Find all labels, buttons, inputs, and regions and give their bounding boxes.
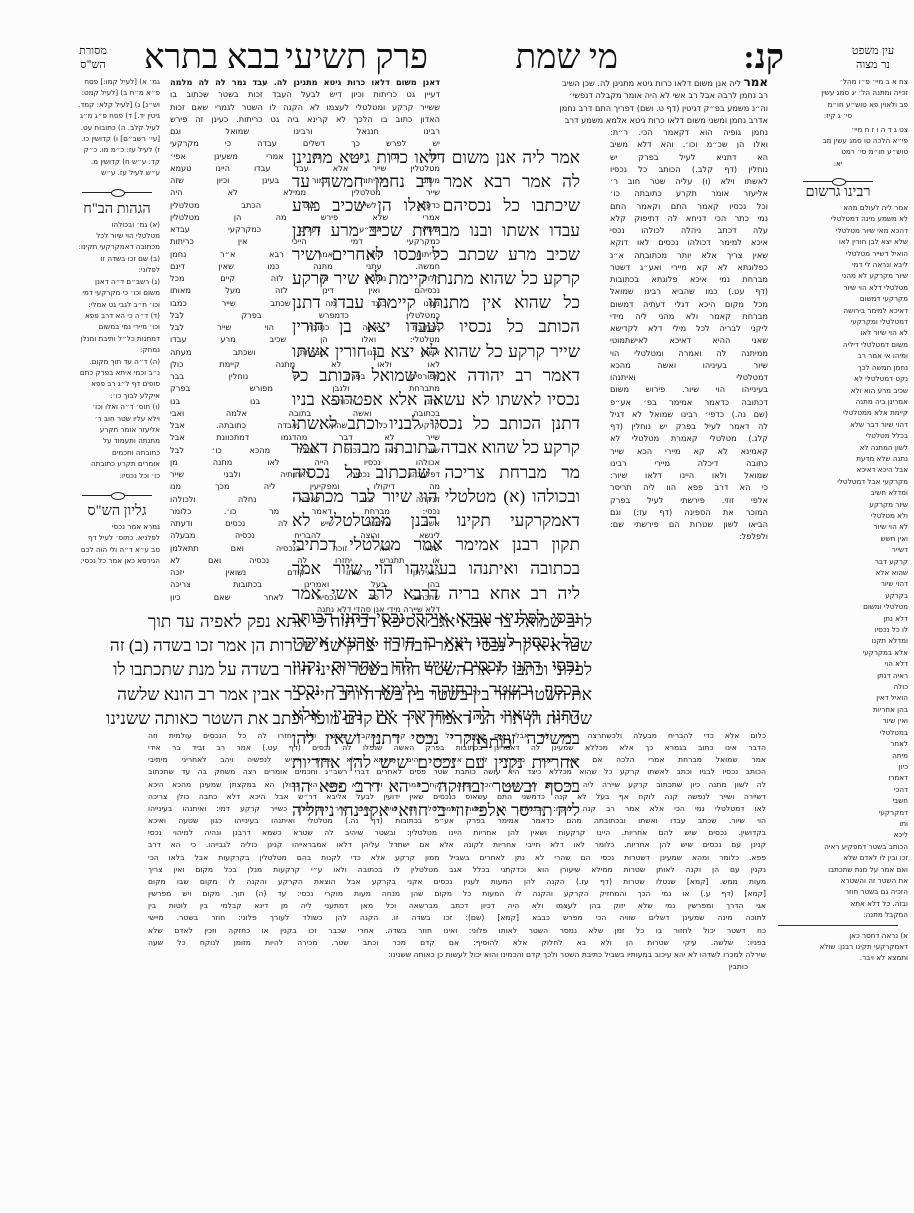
- text-line: מקרקעי דמשום: [768, 293, 908, 304]
- ein-mishpat-entry: צח א ב מיי׳ פ״ו מהל׳ זכייה ומתנה הל׳ יג …: [768, 76, 908, 122]
- text-line: סופים דף ל״ג רב פפא: [74, 378, 160, 389]
- hagahot-habach-text: (א) גמ׳ ובכולהומטלטלי הוי שיור לכלמכתובה…: [74, 219, 160, 481]
- text-line: אדרב נחמן ומשני משום דלאו כרות גיטא אלמא…: [610, 114, 768, 126]
- text-line: זכייה ומתנה הל׳ יג סמג עשין: [768, 87, 908, 98]
- text-line: דאנן משום דלאו כרות גיטא מתנינן לה. עבד …: [170, 76, 440, 88]
- rabbeinu-gershom-title: רבינו גרשום: [768, 182, 908, 202]
- text-line: ז) לעיל עז: כ״מ מו. כ״ק: [74, 144, 160, 155]
- text-line: כו׳ וכל נכסיו:: [74, 470, 160, 481]
- text-line: הא דתניא לעיל בפרק יש: [610, 151, 768, 163]
- text-line: ששייר קרקע ומטלטלי לעצמו לא הקנה לו השטר…: [170, 101, 440, 113]
- text-line: ומיהו אי אמר רב: [768, 350, 908, 361]
- text-line: שכיב מרע הוא ולא: [768, 385, 908, 396]
- text-line: אמר ליה לעולם מהא: [768, 202, 908, 213]
- text-line: יא:: [768, 158, 908, 169]
- text-line: שכיב מרע שכתב כל נכסו לאחרים ושיר: [292, 243, 580, 267]
- text-line: אלפי זוזי. פירשתי לעיל בפרק: [610, 494, 768, 506]
- text-line: וכו׳ מיירי נמי במשום: [74, 321, 160, 332]
- text-line: לא משמע מינה דמטלטלי: [768, 213, 908, 224]
- text-line: כפלוגתא לא קא מיירי ואע״ג דשטר: [610, 261, 768, 273]
- text-line: א) נראה דחסר כאן: [768, 930, 908, 941]
- text-line: מטלטלי הוי שיור לכל: [74, 230, 160, 241]
- text-line: המקבל מתנה:: [768, 909, 908, 920]
- text-line: איכא למימר דכולהו נכסים לאו דוקא: [610, 236, 768, 248]
- text-line: הכותב כל נכסיו לעבדו יצא בן חורין: [292, 315, 580, 339]
- text-line: פי״א הלכה טו סמג עשין מב: [768, 135, 908, 146]
- text-line: אמר ליה אנן משום דלאו כרות גיטא מתנינן ל…: [610, 76, 768, 89]
- text-line: וילא עליו שטר חוב ר׳: [74, 413, 160, 424]
- text-line: דכתובה כדאמר אמימר בפ׳ אע״פ: [610, 396, 768, 408]
- text-line: כי הא דרב פפא הוו ליה תריסר: [610, 481, 768, 493]
- text-line: צט ג ד ה ו ז ח מיי׳: [768, 124, 908, 135]
- text-line: דמטלטלי ומקרקעי: [768, 316, 908, 327]
- text-line: (ג) רשב״ם ד״ה דאנן: [74, 276, 160, 287]
- text-line: הכותב בשטר דמפקיע ראיה: [768, 841, 908, 852]
- text-line: לאחר: [768, 738, 908, 749]
- text-line: (א) גמ׳ ובכולהו: [74, 219, 160, 230]
- text-line: דמקרקעי: [768, 807, 908, 818]
- ein-mishpat: צח א ב מיי׳ פ״ו מהל׳ זכייה ומתנה הל׳ יג …: [768, 76, 908, 187]
- text-line: בעינייהו הוי שיור. פירוש משום: [610, 383, 768, 395]
- text-line: שלא יצא לבן חורין לאו: [768, 236, 908, 247]
- text-line: לאשתו וילא (ו) עליה שטר חוב ר׳: [610, 175, 768, 187]
- text-line: ליכא: [768, 829, 908, 840]
- text-line: וש״נ] ג) [לעיל קלא: קמד.: [74, 99, 160, 110]
- text-line: אבל היכא דאיכא: [768, 464, 908, 475]
- text-line: נוחלין (דף קלב.) הכותב כל נכסיו: [610, 163, 768, 175]
- text-line: איקלע לבוך כו׳:: [74, 390, 160, 401]
- text-line: דהוי שיור: [768, 578, 908, 589]
- text-line: שירלה למכרו לשדהו לא יהא עיכוב במעותיו ב…: [148, 949, 766, 961]
- text-line: לתוכה מינה שמעינן דשלים שוויה הכי מפרש כ…: [148, 912, 766, 924]
- text-line: ותו: [768, 818, 908, 829]
- text-line: לאו דמטלטלי נמי הכי אלא אמר רב קנה לוקח:…: [148, 803, 766, 815]
- text-line: מתנתה ותעמוד על: [74, 435, 160, 446]
- text-line: (ב) שם זכו בשדה זו: [74, 253, 160, 264]
- text-line: כח דשטר יכול לחזור בו כל זמן שלא נמסר הש…: [148, 925, 766, 937]
- text-line: [קמא] (דף ע.) או נמי הכך והמחזיק הקרקע ו…: [148, 888, 766, 900]
- text-line: הוי שיור. שכתב עבדו ואשתו ובכתובתה מהם כ…: [148, 815, 766, 827]
- text-line: ואין חשש: [768, 533, 908, 544]
- tosafot-commentary: אמר ליה אנן משום דלאו כרות גיטא מתנינן ל…: [610, 76, 768, 543]
- text-line: משום וכו׳ כי מקרקעי דמי: [74, 287, 160, 298]
- text-line: מטלטלי דלא הוי שיור: [768, 282, 908, 293]
- text-line: שיור בעיניהו ואשה מהכא: [610, 359, 768, 371]
- text-line: ואם אמר על מנת שתכתבו: [768, 864, 908, 875]
- text-line: ואין שיור: [768, 715, 908, 726]
- text-line: וכל נכסיו קאמר התם וקאמר התם: [610, 200, 768, 212]
- text-line: דשייר: [768, 544, 908, 555]
- text-line: ע״ש לעיל עז. ע״ש: [74, 167, 160, 178]
- text-line: דאיכא למימר בירושה: [768, 305, 908, 316]
- text-line: ותמצא לא ויבר.: [768, 952, 908, 963]
- text-line: נחמן גופיה הוא דקאמר הכי. ר״ת:: [610, 126, 768, 138]
- text-line: לא הוי שיור: [768, 521, 908, 532]
- ein-mishpat-title-line1: עין משפט: [838, 44, 908, 58]
- text-line: אליעזר אומר תקרע: [74, 424, 160, 435]
- text-line: הזכיה גם בשטר חוזר: [768, 886, 908, 897]
- rashbam-closing-word: כותבין: [148, 961, 766, 973]
- chapter-number: פרק תשיעי: [285, 38, 428, 78]
- text-line: דמטלטלי ואיתנהו: [610, 371, 768, 383]
- text-line: לפלוני:: [74, 264, 160, 275]
- text-line: ובזה. כל דלא אתא: [768, 898, 908, 909]
- rabbeinu-gershom-text: אמר ליה לעולם מהאלא משמע מינה דמטלטלידהכ…: [768, 202, 908, 964]
- text-line: נכסיו לאשתו לא עשאה אלא אפטרופא בניו: [292, 388, 580, 412]
- text-line: (ו) תוס׳ ד״ה ואלו וכו׳: [74, 401, 160, 412]
- text-line: דלא הוי: [768, 658, 908, 669]
- text-line: לרב שמואל בר אבא אגב אסיפא דביתיה כי אתא…: [148, 610, 592, 634]
- text-line: דאמקרקעי תקינו רבנן: שולא: [768, 941, 908, 952]
- text-line: דאמקרקעי תקינו רבנן ממטלטלי לא: [292, 509, 580, 533]
- text-line: בכלל מטלטלי: [768, 430, 908, 441]
- text-line: גמרא אמר נכסי: [74, 521, 160, 532]
- text-line: נתנה שלא מדעת: [768, 453, 908, 464]
- text-line: שהוא אלא: [768, 567, 908, 578]
- text-line: ובכולהו (א) מטלטלי הוי שיור לבר מכתובה: [292, 485, 580, 509]
- text-line: בהן אחריות: [768, 704, 908, 715]
- text-line: הגירסא כאן אמר כל נכסי:: [74, 555, 160, 566]
- rabbeinu-gershom: רבינו גרשום אמר ליה לעולם מהאלא משמע מינ…: [768, 182, 908, 964]
- text-line: שטרות הן תרי הני דאמרן איך אם קדם מוכר ו…: [148, 707, 592, 731]
- text-line: את השטר זה והשטרא: [768, 875, 908, 886]
- text-line: דעיין גט כריתות וכיון דיש לבעל העבד זכות…: [170, 88, 440, 100]
- chapter-name: מי שמת: [515, 38, 618, 78]
- text-line: רבינו חננאל ורבינו שמואל וגם: [170, 125, 440, 137]
- text-line: לו כל נכסיו: [768, 624, 908, 635]
- text-line: ולפלפל:: [610, 530, 768, 542]
- text-line: (שם נה.) כדפי׳ רבינו שמואל לא דגיל: [610, 408, 768, 420]
- text-line: דאמרו: [768, 772, 908, 783]
- text-line: אומרים תקרע כתובתה: [74, 458, 160, 469]
- text-line: דשיירה ושייר לנפשה קנה לוקח אף בעל לא קנ…: [148, 791, 766, 803]
- text-line: פ״א מ״ח ב) [לעיל קמט:: [74, 87, 160, 98]
- text-line: דמתנות כל״ל ותיבת ומנלן: [74, 333, 160, 344]
- text-line: וכו׳ ת״ב לגבי גט אמלי:: [74, 299, 160, 310]
- text-line: סי׳ ג קיז:: [768, 110, 908, 121]
- text-line: ולא מטלטלי: [768, 510, 908, 521]
- text-line: אלא במקרקעי: [768, 647, 908, 658]
- ornament-divider: [74, 187, 160, 199]
- text-line: לפלניא. כתוס׳ לעיל דף: [74, 532, 160, 543]
- text-line: טוש״ע חו״מ סי׳ רמט: [768, 146, 908, 157]
- text-line: קנינן עם נכסים שיש להן אחריות. כלומר לאו…: [148, 839, 766, 851]
- ornament-divider: [74, 489, 160, 501]
- text-line: מברחת נמי איכא פלוגתא בכתובות: [610, 273, 768, 285]
- text-line: נקט דמטלטלי לא: [768, 373, 908, 384]
- text-line: חשבי: [768, 795, 908, 806]
- text-line: אליעזר אומר תקרע כתובתה כו׳: [610, 187, 768, 199]
- ein-mishpat-header: עין משפט נר מצוה: [838, 44, 908, 72]
- text-line: דהכי: [768, 784, 908, 795]
- text-line: קיימת אלא ממטלטלי: [768, 407, 908, 418]
- text-line: לה אמר רבא אמר רב נחמן חמשה עד: [292, 170, 580, 194]
- text-line: (ה) ד״ה עד תוך מקום.: [74, 356, 160, 367]
- text-line: [עי׳ רשב״ם] ו) קדושין כו.: [74, 133, 160, 144]
- text-line: ליקני לבריה לכל מילי דלא לקדישא: [610, 322, 768, 334]
- text-line: כלום אלא כדי להבריח מבעלה ולכשתרצה יחזרו…: [148, 730, 766, 742]
- text-line: דלא נתן: [768, 613, 908, 624]
- text-line: אגי הדרך ומפרשין נמי שלא יזוק בהן לעצמו …: [148, 900, 766, 912]
- text-line: דאמר רב יהודה אמר שמואל הכותב כל: [292, 364, 580, 388]
- text-line: לשון המתנה לא: [768, 442, 908, 453]
- text-line: דהכא מאי שיור מטלטלי: [768, 225, 908, 236]
- text-line: בקרקע: [768, 590, 908, 601]
- text-line: ומדלא תקנו: [768, 635, 908, 646]
- text-line: דתנן הכותב כל נכסיו לבניו וכתב לאשתו: [292, 412, 580, 436]
- ein-mishpat-entry: צט ג ד ה ו ז ח מיי׳ פי״א הלכה טו סמג עשי…: [768, 124, 908, 170]
- text-line: לה דאמר לעיל בפרק יש נוחלין (דף: [610, 420, 768, 432]
- text-line: בפניו: שלשה. עיקי שטרות הן ולא בא לחלוק …: [148, 937, 766, 949]
- text-line: ראיה דנתן: [768, 670, 908, 681]
- text-line: לא הוי שיור לאו: [768, 327, 908, 338]
- tractate-name: בבא בתרא: [144, 38, 280, 78]
- text-line: נקנין עם הן וקנה לאותן שטרות ממילא שיעור…: [148, 864, 766, 876]
- text-line: נמחק:: [74, 344, 160, 355]
- text-line: לה לשון מתנה כיון שתכתוב קרקע שיירה ליה …: [148, 779, 766, 791]
- text-line: משום דמטלטלי דיליה: [768, 339, 908, 350]
- text-line: תקון רבנן אמימר אמר מטלטלי דכתיבי: [292, 533, 580, 557]
- text-line: קד: ע״ש ח) קדושין מ.: [74, 156, 160, 167]
- text-line: כתובתה וחכמים: [74, 447, 160, 458]
- text-line: מטלטלי ומשום: [768, 601, 908, 612]
- text-line: גיטין יד.] ד) פסח פ״ג מ״ג: [74, 110, 160, 121]
- text-line: שיור מקרקע לא מהני: [768, 270, 908, 281]
- text-line: סב ע״א ד״ה ולי הוה לכם: [74, 544, 160, 555]
- gilyon-hashas-title: גליון הש"ס: [74, 501, 160, 521]
- text-line: אמרינן ביה מתנה: [768, 396, 908, 407]
- text-line: המוכר את הספינה (דף עז:) וגם: [610, 506, 768, 518]
- text-line: שיכתבו כל נכסיהם ואלו הן שכיב מרע: [292, 194, 580, 218]
- text-line: ומדלא חשיב: [768, 487, 908, 498]
- text-line: מברחת קאמר ולא מהני ליה מידי: [610, 310, 768, 322]
- text-line: (דף עט.) כמו שהביא רבינו שמואל: [610, 285, 768, 297]
- mesoret-title-line1: מסורת: [58, 44, 128, 58]
- text-line: גמ׳ א) [לעיל קמו:] פסח: [74, 76, 160, 87]
- text-line: קלג.) מטלטלי קאמרת מטלטלי לא: [610, 432, 768, 444]
- text-line: שאין צריך אלא יותר מכתובתה א״נ: [610, 249, 768, 261]
- text-line: נחמן חמשה לכך: [768, 362, 908, 373]
- text-line: וה״נ משמע בפ״ק דגיטין (דף ט. ושם) דפריך …: [610, 102, 768, 114]
- ein-mishpat-title-line2: נר מצוה: [838, 58, 908, 72]
- mesoret-title-line2: הש"ס: [58, 58, 128, 72]
- text-line: עלה דכתב ניהלה לכולהו נכסי: [610, 224, 768, 236]
- text-line: מר מברחת צריכה שתכתוב כל נכסיה: [292, 461, 580, 485]
- tosafot-opening-word: אמר: [744, 75, 768, 89]
- text-line: בכתובה ואיתנהו בעינייהו הוי שיור אמר: [292, 557, 580, 581]
- text-line: ממיתנה לה ואמרה ומטלטלי הוי: [610, 347, 768, 359]
- text-line: אמר שמואל מברחת אמרי הלכה אם יצא שטר מבר…: [148, 754, 766, 766]
- text-line: רב נחמן לרבה אבל רב אשי לא היה אומר מקבל…: [610, 89, 768, 101]
- text-line: האדון כתוב בו הלכך לא קרינא ביה גט כריתו…: [170, 113, 440, 125]
- text-line: דהוי שיור דבר שלא: [768, 419, 908, 430]
- hagahot-habach-title: הגהות הב"ח: [74, 199, 160, 219]
- text-line: מכתובה דאמקרקעי תקינו:: [74, 241, 160, 252]
- text-line: הביאו לשון שטרות הם פירשתי שם:: [610, 518, 768, 530]
- text-line: כיון: [768, 761, 908, 772]
- text-line: ואלו הן שכ״מ וכו׳. והא דלא משיב: [610, 138, 768, 150]
- text-line: קרקע דבר: [768, 556, 908, 567]
- text-line: שיור מקרקע: [768, 499, 908, 510]
- text-line: במטלטלי: [768, 727, 908, 738]
- text-line: מעות ממש. [קמא] שנטלו שטרות (דף עז.) הקנ…: [148, 876, 766, 888]
- text-line: שמואל ולאו היינו דלאו שיור:: [610, 469, 768, 481]
- text-line: כולה: [768, 681, 908, 692]
- mesoret-hashas-header: מסורת הש"ס: [58, 44, 128, 72]
- text-line: עבדו אשתו ובנו מברחת שכיב מרע דתנן: [292, 219, 580, 243]
- text-line: מכל מקום היכא דגלי דעתיה דמשום: [610, 298, 768, 310]
- text-line: לעיל קלב. ה) כתובות עט.: [74, 122, 160, 133]
- text-line: שאני ההיא דאיכא לאישתמוטי: [610, 334, 768, 346]
- text-line: לפלוני וכתבו לו את השטר חוזר בשטר ואינו …: [148, 658, 592, 682]
- text-line: זכו ובין לו לאדם שלא: [768, 852, 908, 863]
- text-line: נ״ב וכמי איתא בפרק כתם: [74, 367, 160, 378]
- mesoret-hashas-text: גמ׳ א) [לעיל קמו:] פסחפ״א מ״ח ב) [לעיל ק…: [74, 76, 160, 179]
- text-line: (ד) ד״ה כי הא דרב פפא: [74, 310, 160, 321]
- text-line: בקדושין. נכסים שיש להם אחריות. היינו קרק…: [148, 827, 766, 839]
- text-line: שייר קרקע כל שהוא לא יצא בן חורין אשתו: [292, 340, 580, 364]
- text-line: פב ולאוין פא טוש״ע חו״מ: [768, 99, 908, 110]
- text-line: פפא. כלומר ומהא שמעינן דשטרות נכסי הם שה…: [148, 852, 766, 864]
- text-line: ליבא ונראה לי דמי: [768, 259, 908, 270]
- text-line: קאמינא לא קא מיירי הכא שייר: [610, 445, 768, 457]
- text-line: קרקע כל שהוא מתנתו קיימת לא שיר קרקע: [292, 267, 580, 291]
- text-line: הכותב נכסיו לבניו וכתב לאשתו קרקע כל שהו…: [148, 766, 766, 778]
- text-line: שטרא איקרי נכסי דאמר רבה בר יצחק שני שטר…: [148, 634, 592, 658]
- text-line: אמר ליה אנן משום דלאו כרות גיטא מתנינן: [292, 146, 580, 170]
- text-line: קרקע כל שהוא אבדה כתובתה מברחת דאמר: [292, 436, 580, 460]
- text-line: נמי כתר הכי דניחא לה דתיפוק קלא: [610, 212, 768, 224]
- text-line: ליה רב אחא בריה דרבא לרב אשי אמר: [292, 582, 580, 606]
- text-line: הואיל דשייר מטלטלי: [768, 248, 908, 259]
- text-line: צח א ב מיי׳ פ״ו מהל׳: [768, 76, 908, 87]
- text-line: כתובה דיכלה מיירי רבינו: [610, 457, 768, 469]
- gilyon-hashas-text: גמרא אמר נכסילפלניא. כתוס׳ לעיל דףסב ע״א…: [74, 521, 160, 567]
- divider-line: [778, 925, 898, 926]
- text-line: הדבר אינו כתוב בגמרא כך אלא מכללא שמעינן…: [148, 742, 766, 754]
- rashbam-bottom-commentary: כלום אלא כדי להבריח מבעלה ולכשתרצה יחזרו…: [148, 730, 766, 973]
- text-line: הואיל דאין: [768, 692, 908, 703]
- text-line: מקרקעי אבל דמטלטלי: [768, 476, 908, 487]
- daf-number: קנ:: [743, 38, 784, 78]
- text-line: מיתה: [768, 750, 908, 761]
- text-line: כל שהוא אין מתנתו קיימת עבדו דתנן: [292, 291, 580, 315]
- text-line: את השטר חוזר בין בשטר בין בשדה ורב חייא …: [148, 683, 592, 707]
- mesoret-hashas: גמ׳ א) [לעיל קמו:] פסחפ״א מ״ח ב) [לעיל ק…: [74, 76, 160, 567]
